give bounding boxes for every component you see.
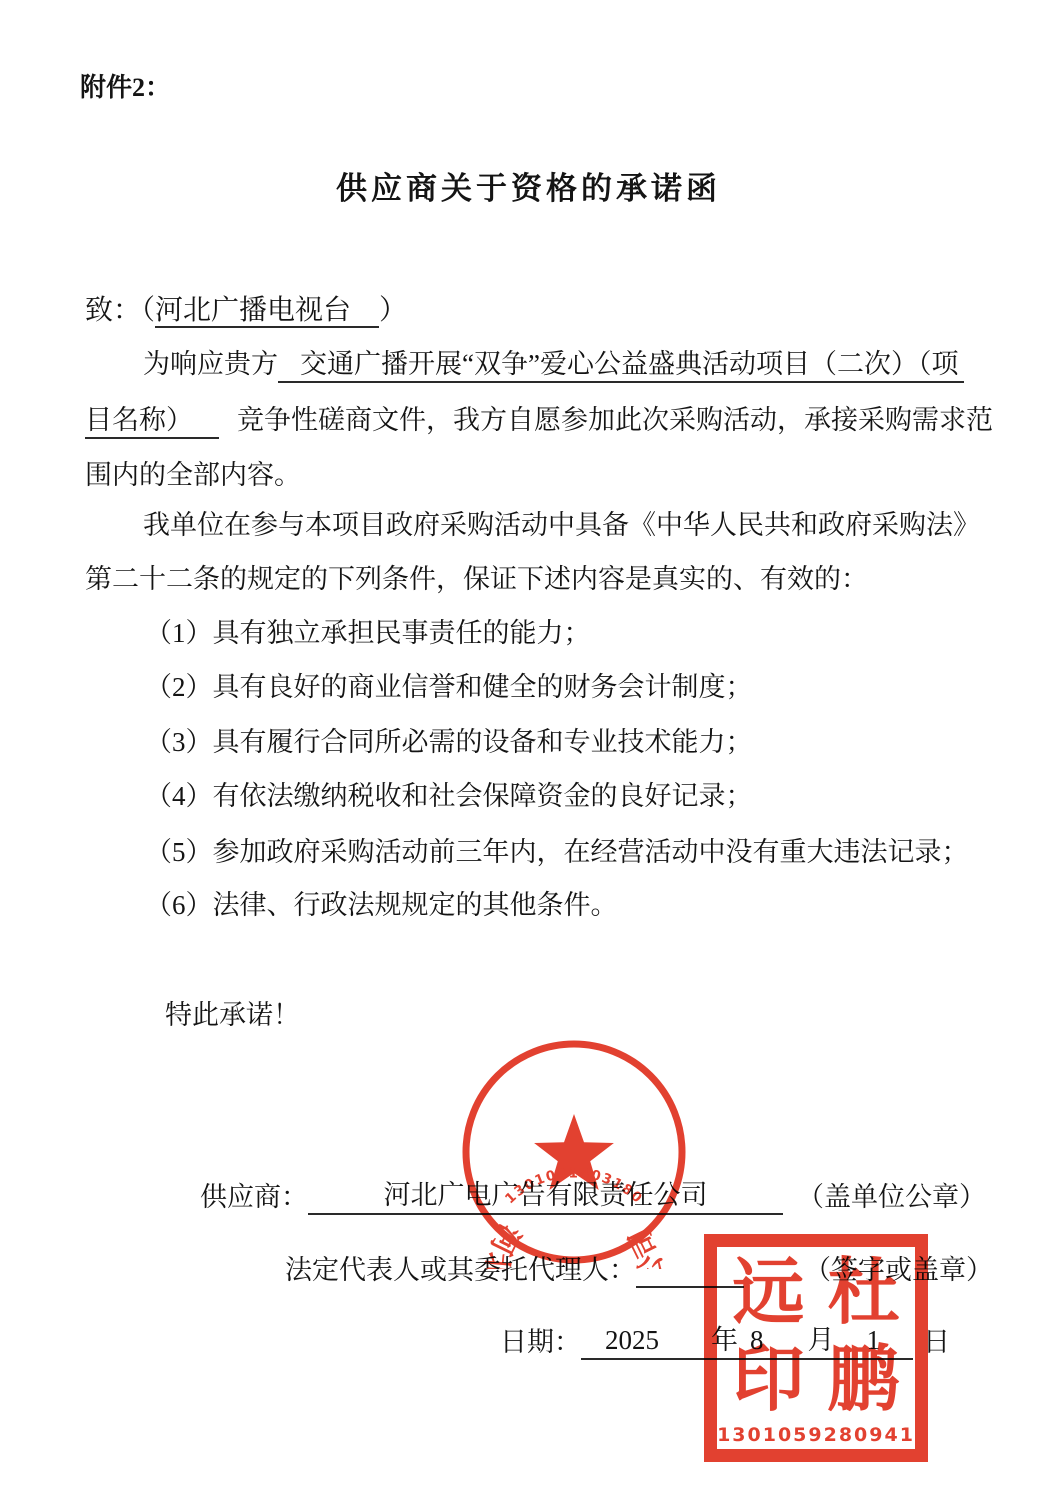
project-name-underlined-cont: 目名称） [85, 405, 219, 439]
paragraph2-line1: 我单位在参与本项目政府采购活动中具备《中华人民共和政府采购法》 [85, 509, 980, 543]
company-seal-serial: 1301041403180 [502, 1165, 646, 1207]
paragraph1-line2: 目名称）竞争性磋商文件，我方自愿参加此次采购活动，承接采购需求范 [85, 404, 993, 438]
attachment-label: 附件2： [80, 72, 171, 105]
condition-item: （4）有依法缴纳税收和社会保障资金的良好记录； [145, 780, 753, 814]
personal-seal-serial: 1301059280941 [717, 1424, 915, 1449]
addressee-name: 河北广播电视台 [155, 295, 379, 328]
paragraph1-line2-plain: 竞争性磋商文件，我方自愿参加此次采购活动，承接采购需求范 [237, 405, 993, 435]
personal-seal-char-bottom-right: 鹏 [827, 1344, 899, 1416]
condition-item: （1）具有独立承担民事责任的能力； [145, 617, 591, 651]
paragraph1-line3: 围内的全部内容。 [85, 459, 301, 493]
date-label: 日期： [500, 1326, 581, 1360]
personal-seal-char-bottom-left: 印 [732, 1344, 804, 1416]
addressee-suffix: ） [379, 295, 407, 326]
addressee-prefix: 致：（ [85, 295, 155, 326]
document-title: 供应商关于资格的承诺函 [0, 170, 1057, 207]
document-page: 附件2： 供应商关于资格的承诺函 致：（河北广播电视台 ） 为响应贵方交通广播开… [0, 0, 1057, 1499]
personal-seal-char-top-right: 杜 [827, 1257, 899, 1329]
condition-item: （2）具有良好的商业信誉和健全的财务会计制度； [145, 671, 753, 705]
condition-item: （5）参加政府采购活动前三年内，在经营活动中没有重大违法记录； [145, 836, 969, 870]
date-year-value: 2025 [605, 1324, 659, 1358]
supplier-seal-note: （盖单位公章） [797, 1181, 986, 1215]
personal-seal-char-top-left: 远 [732, 1257, 804, 1329]
commitment-line: 特此承诺！ [165, 999, 300, 1033]
personal-seal: 远 杜 印 鹏 1301059280941 [704, 1234, 928, 1462]
project-name-underlined: 交通广播开展“双争”爱心公益盛典活动项目（二次）（项 [278, 349, 964, 383]
addressee-line: 致：（河北广播电视台 ） [85, 293, 407, 328]
paragraph1-line1: 为响应贵方交通广播开展“双争”爱心公益盛典活动项目（二次）（项 [85, 348, 964, 382]
company-seal: 河北广电广告有限责任公司 1301041403180 [457, 1035, 691, 1269]
paragraph2-line2: 第二十二条的规定的下列条件，保证下述内容是真实的、有效的： [85, 563, 868, 597]
paragraph1-line1-plain: 为响应贵方 [85, 349, 278, 379]
condition-item: （6）法律、行政法规规定的其他条件。 [145, 889, 618, 923]
personal-seal-characters: 远 杜 印 鹏 [717, 1247, 915, 1424]
condition-item: （3）具有履行合同所必需的设备和专业技术能力； [145, 726, 753, 760]
paragraph2-line1-text: 我单位在参与本项目政府采购活动中具备《中华人民共和政府采购法》 [85, 510, 980, 540]
supplier-label: 供应商： [200, 1181, 308, 1215]
svg-text:1301041403180: 1301041403180 [502, 1165, 646, 1207]
